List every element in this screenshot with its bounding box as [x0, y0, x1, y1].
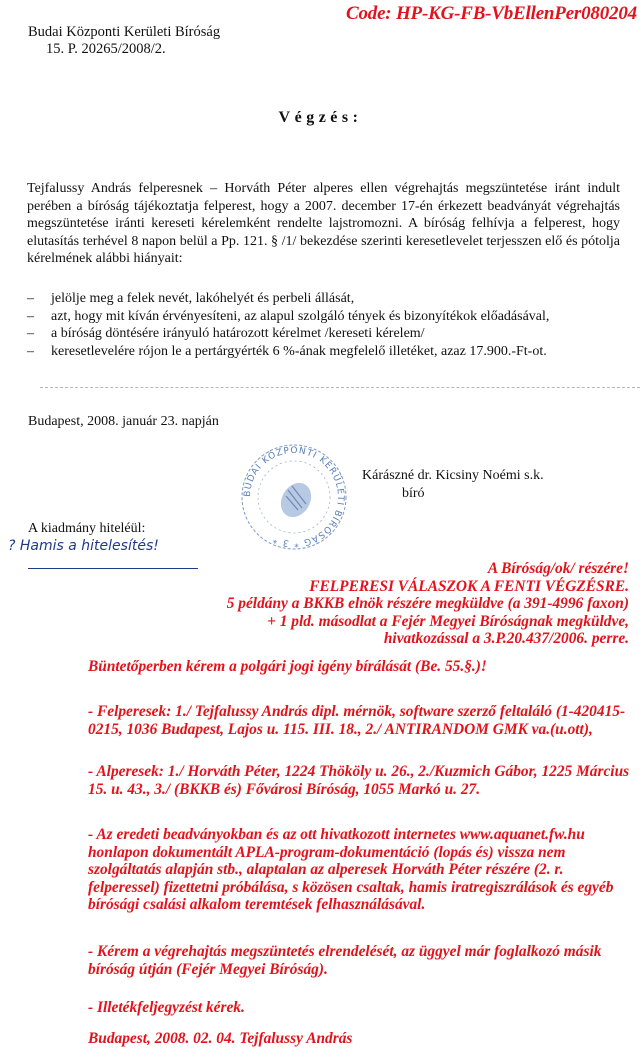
fee-request-section: - Illetékfeljegyzést kérek. [88, 999, 633, 1017]
requirement-text: keresetlevelére rójon le a pertárgyérték… [51, 344, 547, 359]
requirement-item: –a bíróság döntésére irányuló határozott… [27, 325, 627, 343]
court-name: Budai Központi Kerületi Bíróság [28, 24, 220, 41]
handwritten-note: ? Hamis a hitelesítés! [8, 538, 159, 554]
fee-request-text: - Illetékfeljegyzést kérek. [88, 999, 633, 1017]
dash-bullet: – [27, 325, 34, 343]
dash-bullet: – [27, 290, 34, 308]
reply-heading: A Bíróság/ok/ részére! FELPERESI VÁLASZO… [227, 560, 629, 648]
requirements-list: –jelölje meg a felek nevét, lakóhelyét é… [27, 290, 627, 360]
issue-date-place: Budapest, 2008. január 23. napján [28, 414, 219, 430]
criminal-request: Büntetőperben kérem a polgári jogi igény… [88, 658, 633, 676]
scan-divider-line [40, 387, 640, 388]
judge-name: Kárászné dr. Kicsiny Noémi s.k. [362, 467, 544, 485]
plaintiffs-text: - Felperesek: 1./ Tejfalussy András dipl… [88, 703, 633, 738]
document-code: Code: HP-KG-FB-VbEllenPer080204 [346, 3, 637, 25]
requirement-item: –azt, hogy mit kíván érvényesíteni, az a… [27, 308, 627, 326]
authentication-label: A kiadmány hiteléül: [28, 521, 145, 537]
case-number: 15. P. 20265/2008/2. [28, 41, 220, 58]
dash-bullet: – [27, 308, 34, 326]
defendants-text: - Alperesek: 1./ Horváth Péter, 1224 Thö… [88, 763, 633, 798]
court-seal-icon: BUDAI KÖZPONTI KERÜLETI BÍRÓSÁG * 3 * [236, 442, 352, 552]
handwritten-underline [28, 568, 198, 569]
defendants-section: - Alperesek: 1./ Horváth Péter, 1224 Thö… [88, 763, 633, 798]
reply-heading-line: 5 példány a BKKB elnök részére megküldve… [227, 595, 629, 613]
judge-signature-block: Kárászné dr. Kicsiny Noémi s.k. bíró [362, 467, 544, 503]
court-header: Budai Központi Kerületi Bíróság 15. P. 2… [28, 24, 220, 58]
termination-request-text: - Kérem a végrehajtás megszüntetés elren… [88, 943, 633, 978]
dash-bullet: – [27, 343, 34, 361]
requirement-item: –keresetlevelére rójon le a pertárgyérté… [27, 343, 627, 361]
reply-signature-text: Budapest, 2008. 02. 04. Tejfalussy Andrá… [88, 1030, 633, 1048]
judge-role: bíró [362, 485, 544, 503]
reply-heading-line: hivatkozással a 3.P.20.437/2006. perre. [227, 630, 629, 648]
reply-heading-line: FELPERESI VÁLASZOK A FENTI VÉGZÉSRE. [227, 578, 629, 596]
requirement-item: –jelölje meg a felek nevét, lakóhelyét é… [27, 290, 627, 308]
order-body-paragraph: Tejfalussy András felperesnek – Horváth … [27, 180, 620, 268]
argument-text: - Az eredeti beadványokban és az ott hiv… [88, 826, 633, 914]
reply-signature: Budapest, 2008. 02. 04. Tejfalussy Andrá… [88, 1030, 633, 1048]
reply-heading-line: + 1 pld. másodlat a Fejér Megyei Bíróság… [227, 613, 629, 631]
requirement-text: a bíróság döntésére irányuló határozott … [51, 326, 425, 341]
plaintiffs-section: - Felperesek: 1./ Tejfalussy András dipl… [88, 703, 633, 738]
document-title: Végzés: [0, 109, 641, 127]
termination-request-section: - Kérem a végrehajtás megszüntetés elren… [88, 943, 633, 978]
criminal-request-text: Büntetőperben kérem a polgári jogi igény… [88, 658, 633, 676]
reply-heading-line: A Bíróság/ok/ részére! [227, 560, 629, 578]
argument-section: - Az eredeti beadványokban és az ott hiv… [88, 826, 633, 914]
requirement-text: azt, hogy mit kíván érvényesíteni, az al… [51, 309, 549, 324]
requirement-text: jelölje meg a felek nevét, lakóhelyét és… [51, 291, 354, 306]
